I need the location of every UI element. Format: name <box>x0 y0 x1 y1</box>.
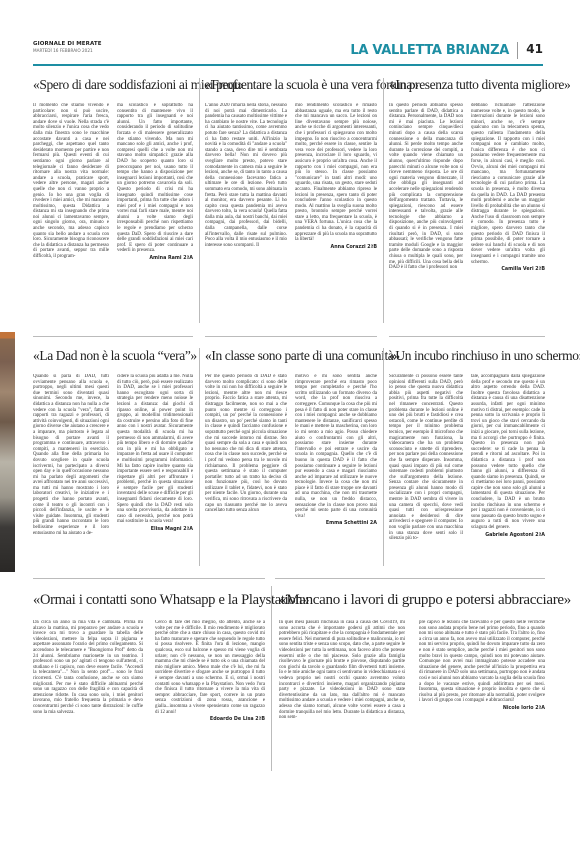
article-column: Per me questo periodo di DAD è stato dav… <box>205 374 287 581</box>
article-column-text: ma scolastico e soprattutto ha consentit… <box>117 103 193 253</box>
article-column-text: Cerco di fare del mio meglio, sto attent… <box>155 620 265 715</box>
section-rule <box>33 336 193 337</box>
newspaper-name: GIORNALE DI MERATE <box>33 41 102 47</box>
article-column-text: debbano richiamare l'attenzione numerose… <box>471 103 545 265</box>
masthead-divider <box>517 42 518 59</box>
article-column: Il momento che stiamo vivendo è particol… <box>33 103 109 338</box>
article-headline: «In presenza tutto diventa migliore» <box>389 77 545 93</box>
article-headline: «Spero di dare soddisfazioni ai miei pro… <box>33 77 193 93</box>
column-divider <box>271 586 272 771</box>
article-column: Cerco di fare del mio meglio, sto attent… <box>155 620 265 782</box>
column-divider <box>383 78 384 323</box>
article-headline: «Un incubo rinchiuso in uno schermo» <box>389 348 545 364</box>
article-whatsapp: «Ormai i contatti sono Whatsapp e la Pla… <box>33 590 265 782</box>
section-title: LA VALLETTA BRIANZA <box>350 43 509 58</box>
article-column: Quando si parla di DAD, tutti ovviamente… <box>33 374 109 581</box>
article-column: motivo e mi sono sentita anche rimprover… <box>295 374 377 581</box>
article-byline: Emma Schettini 2A <box>295 521 377 527</box>
article-column-text: tale, accompagnato dalla spiegazione del… <box>471 374 545 530</box>
article-column-text: pre capivo le lezioni che facevamo e per… <box>419 620 545 703</box>
article-column: In quei mesi passati rinchiusa in casa a… <box>279 620 405 782</box>
article-column-text: motivo e mi sono sentita anche rimprover… <box>295 374 377 519</box>
column-divider <box>383 348 384 566</box>
article-lavori-gruppo: «Mancano i lavori di gruppo e potersi ab… <box>279 590 545 782</box>
article-byline: Camilla Veri 2ªB <box>471 267 545 273</box>
article-dad-non-scuola: «La Dad non è la scuola “vera”» Quando s… <box>33 348 193 581</box>
section-rule <box>33 578 265 579</box>
article-headline: «Mancano i lavori di gruppo e potersi ab… <box>279 590 545 610</box>
article-column: In questo periodo abbiamo spesso sentito… <box>389 103 463 338</box>
article-column: Da circa un anno la mia vita è cambiata.… <box>33 620 143 782</box>
article-byline: Amina Rami 2ªA <box>117 256 193 262</box>
section-rule <box>275 578 545 579</box>
article-incubo: «Un incubo rinchiuso in uno schermo» Sic… <box>389 348 545 581</box>
page-number: 41 <box>526 42 543 56</box>
article-frequentare: «Frequentare la scuola è una vera fortun… <box>205 77 377 338</box>
article-headline: «In classe sono parte di una comunità» <box>205 348 377 364</box>
column-divider <box>199 348 200 566</box>
publication-date: MARTEDÌ 16 FEBBRAIO 2021 <box>33 48 93 53</box>
masthead: GIORNALE DI MERATE MARTEDÌ 16 FEBBRAIO 2… <box>33 40 543 66</box>
article-column: Sicuramente ci possono essere tante opin… <box>389 374 463 581</box>
article-column: cidere la scuola più adatta a me. Nulla … <box>117 374 193 581</box>
article-byline: Elisa Magni 2ªA <box>117 527 193 533</box>
column-divider <box>199 78 200 323</box>
article-headline: «Frequentare la scuola è una vera fortun… <box>205 77 377 93</box>
article-column-text: mio rendimento scolastico è rimasto abba… <box>295 103 377 242</box>
article-comunita: «In classe sono parte di una comunità» P… <box>205 348 377 581</box>
section-rule <box>389 336 545 337</box>
article-column: L'anno 2020 rimarrà nella storia, nessun… <box>205 103 287 338</box>
article-column: tale, accompagnato dalla spiegazione del… <box>471 374 545 581</box>
article-column-text: cidere la scuola più adatta a me. Nulla … <box>117 374 193 524</box>
article-column: pre capivo le lezioni che facevamo e per… <box>419 620 545 782</box>
student-photo <box>0 332 15 572</box>
article-byline: Anna Corazzi 2ªB <box>295 245 377 251</box>
article-byline: Gabriele Agostoni 2ªA <box>471 533 545 539</box>
article-column: mio rendimento scolastico è rimasto abba… <box>295 103 377 338</box>
article-in-presenza: «In presenza tutto diventa migliore» In … <box>389 77 545 338</box>
section-rule <box>205 336 377 337</box>
article-byline: Nicole Iorio 2ªA <box>419 706 545 712</box>
article-headline: «La Dad non è la scuola “vera”» <box>33 348 193 364</box>
article-headline: «Ormai i contatti sono Whatsapp e la Pla… <box>33 590 265 610</box>
article-column: debbano richiamare l'attenzione numerose… <box>471 103 545 338</box>
article-spero: «Spero di dare soddisfazioni ai miei pro… <box>33 77 193 338</box>
article-column: ma scolastico e soprattutto ha consentit… <box>117 103 193 338</box>
article-byline: Edoardo De Lisa 2ªB <box>155 717 265 723</box>
